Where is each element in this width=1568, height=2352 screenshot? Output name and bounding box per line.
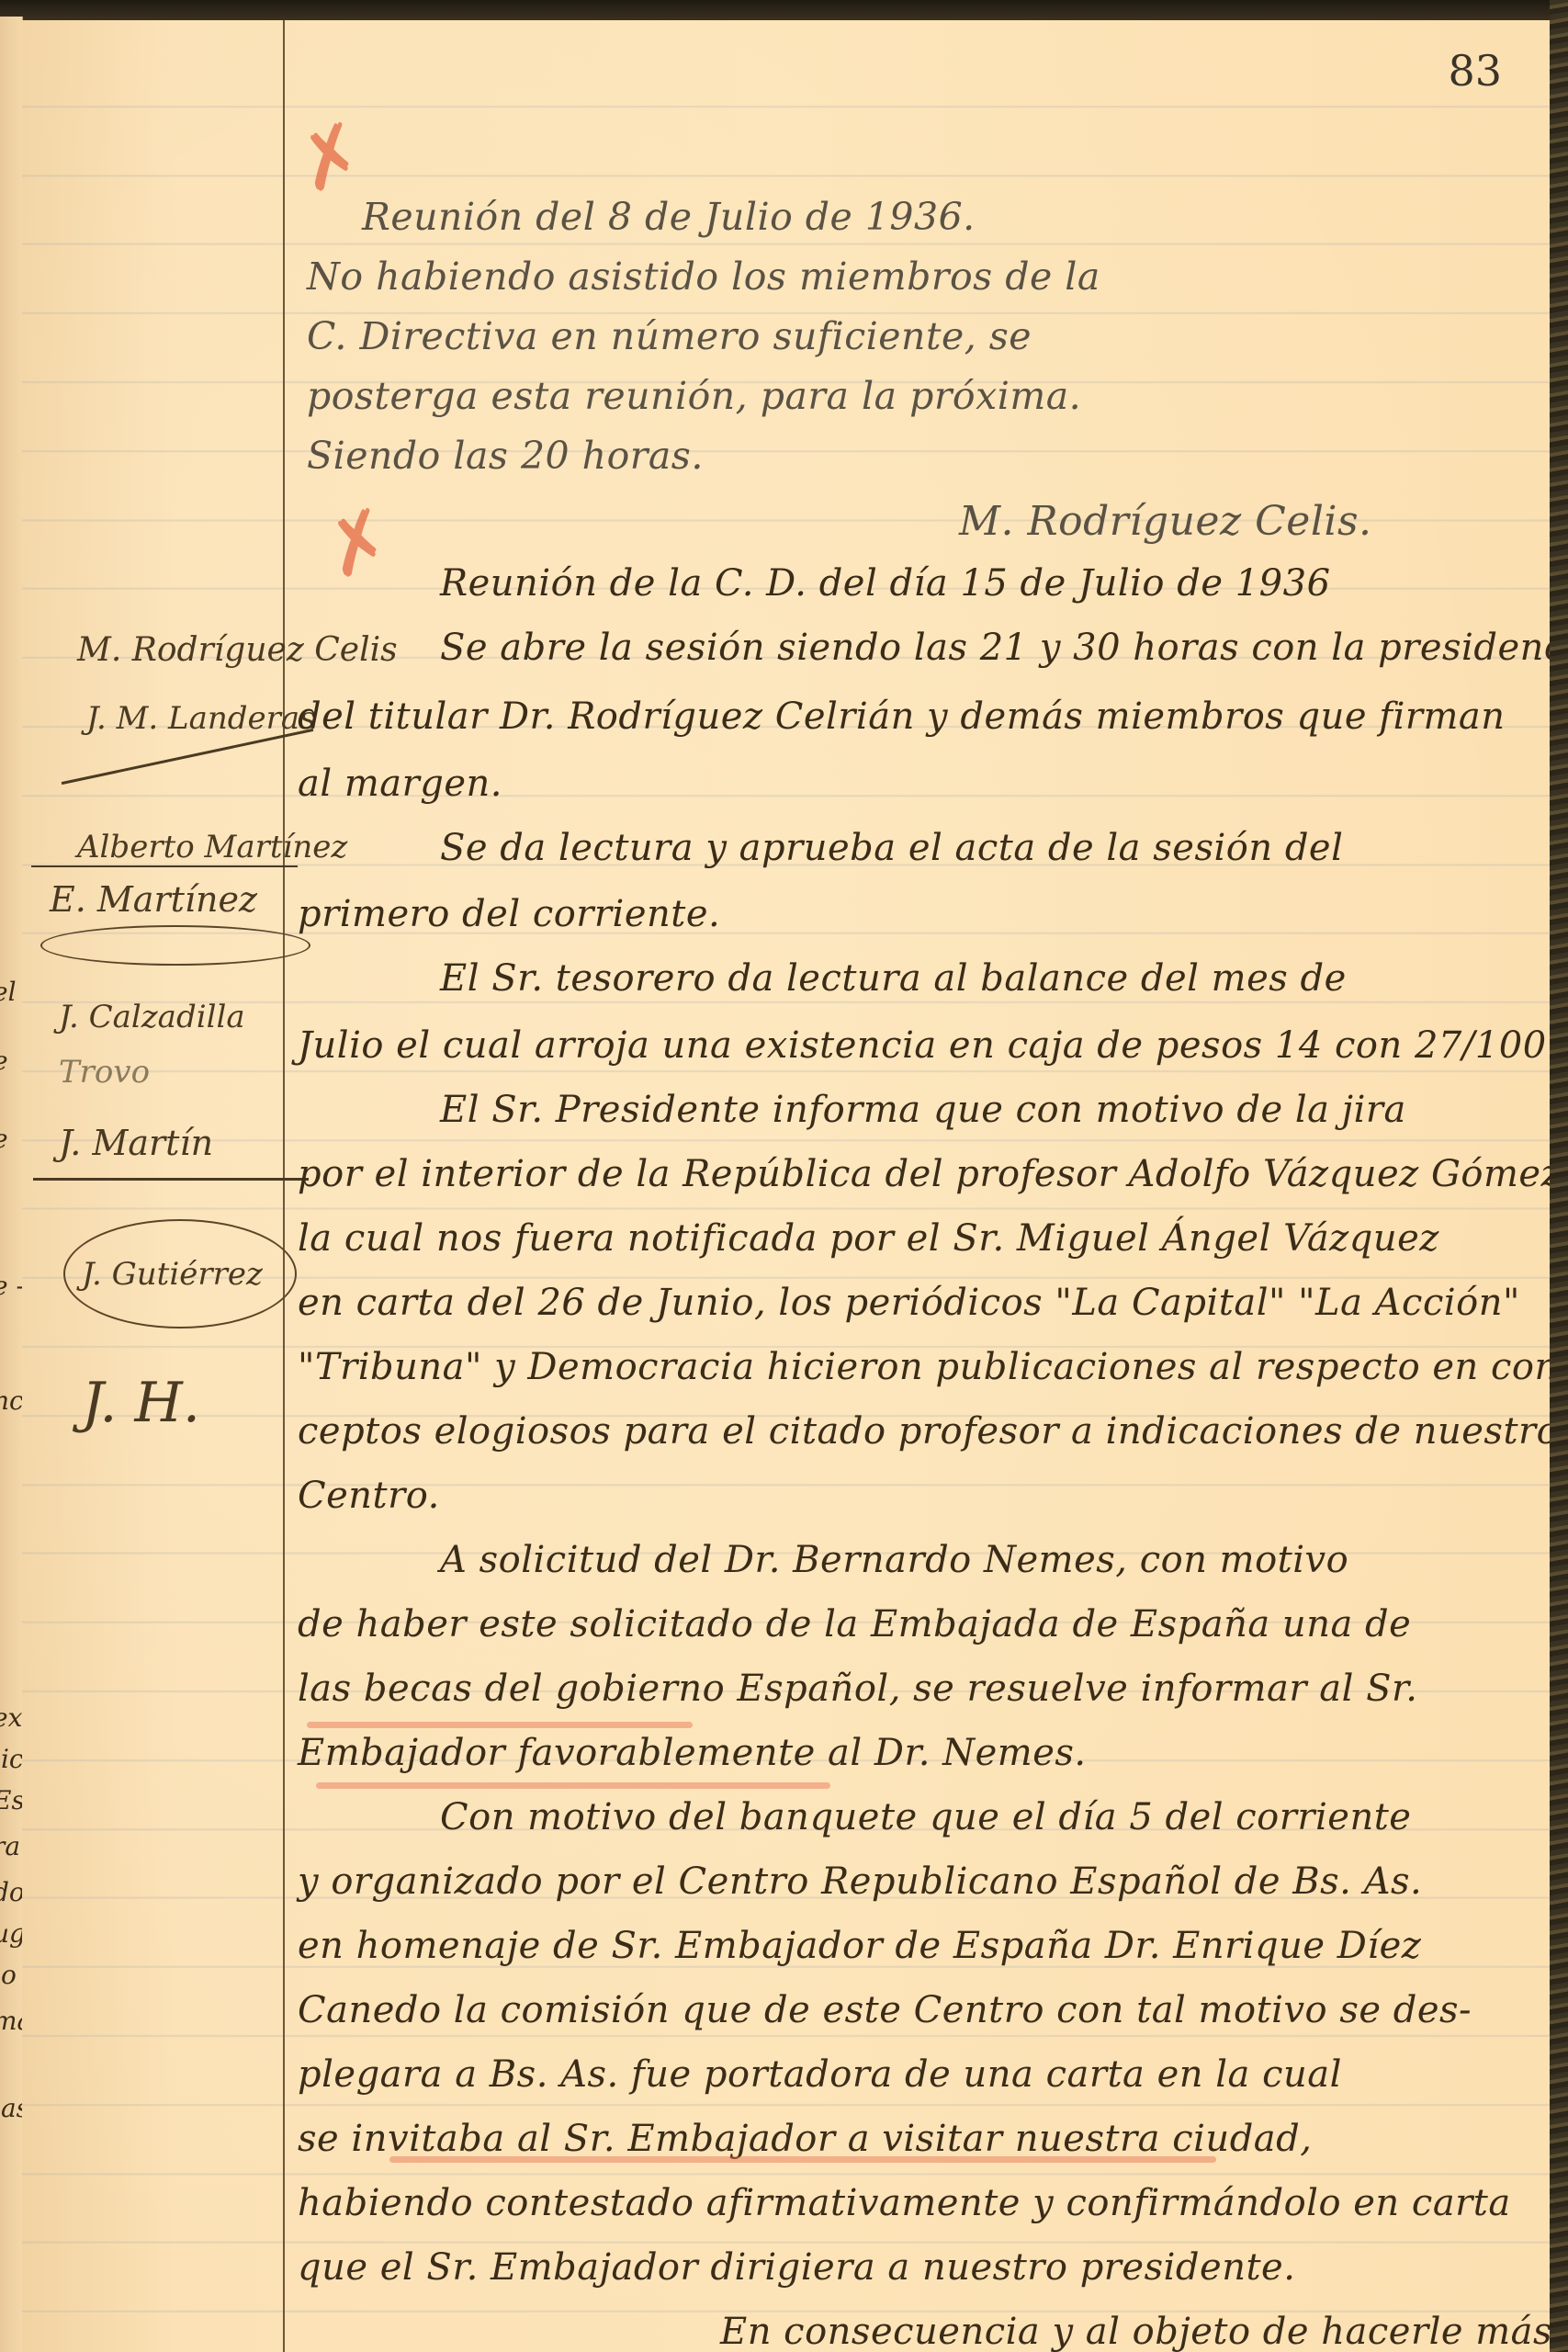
minutes-text: Reunión del 8 de Julio de 1936. No habie… — [298, 20, 1547, 2352]
facing-page-fragment: do- — [0, 1877, 23, 1907]
margin-signature: J. H. — [82, 1371, 200, 1435]
text-line: del titular Dr. Rodríguez Celrián y demá… — [298, 695, 1506, 738]
text-line: y organizado por el Centro Republicano E… — [298, 1860, 1422, 1903]
facing-page-fragment: nci — [0, 1385, 23, 1416]
text-line: Centro. — [298, 1475, 440, 1517]
facing-page-fragment: ug — [0, 1918, 23, 1949]
red-pencil-underline — [307, 1722, 693, 1728]
text-line: posterga esta reunión, para la próxima. — [307, 374, 1081, 418]
red-pencil-underline — [389, 2156, 1216, 2163]
facing-page-fragment: e - — [0, 1271, 23, 1301]
text-line: que el Sr. Embajador dirigiera a nuestro… — [298, 2246, 1295, 2289]
text-line: "Tribuna" y Democracia hicieron publicac… — [298, 1346, 1550, 1388]
text-line: Julio el cual arroja una existencia en c… — [298, 1024, 1550, 1067]
facing-page-fragment: e — [0, 1046, 8, 1076]
text-line: plegara a Bs. As. fue portadora de una c… — [298, 2053, 1342, 2096]
text-line: En consecuencia y al objeto de hacerle m… — [720, 2311, 1550, 2352]
signature-flourish — [33, 1178, 309, 1181]
text-line: al margen. — [298, 763, 502, 805]
red-pencil-underline — [316, 1782, 830, 1789]
text-line: habiendo contestado afirmativamente y co… — [298, 2182, 1511, 2224]
margin-signature: J. Gutiérrez — [82, 1256, 263, 1293]
text-line: por el interior de la República del prof… — [298, 1153, 1550, 1195]
facing-page-fragment: las Esta — [0, 2093, 23, 2123]
facing-page-fragment: Espa — [0, 1785, 23, 1815]
book-cover-edge — [1550, 0, 1568, 2352]
margin-signature: J. Martín — [59, 1123, 213, 1163]
text-line: Se abre la sesión siendo las 21 y 30 hor… — [440, 627, 1550, 669]
text-line: ceptos elogiosos para el citado profesor… — [298, 1410, 1550, 1453]
text-line: C. Directiva en número suficiente, se — [307, 314, 1032, 358]
text-line: No habiendo asistido los miembros de la — [307, 254, 1100, 299]
text-line: Siendo las 20 horas. — [307, 434, 704, 478]
text-line: de haber este solicitado de la Embajada … — [298, 1603, 1411, 1645]
margin-signature: J. Calzadilla — [59, 999, 245, 1035]
text-line: en carta del 26 de Junio, los periódicos… — [298, 1282, 1520, 1324]
text-line: se invitaba al Sr. Embajador a visitar n… — [298, 2118, 1312, 2160]
facing-page-edge: el e e e - nci extem lica Espa ra do- ug… — [0, 17, 23, 2352]
facing-page-fragment: el — [0, 977, 17, 1007]
facing-page-fragment: e — [0, 1124, 8, 1154]
text-line: El Sr. tesorero da lectura al balance de… — [440, 957, 1347, 1000]
margin-rule — [283, 20, 285, 2352]
margin-signature: J. M. Landeras — [86, 700, 316, 737]
facing-page-fragment: ra — [0, 1831, 20, 1861]
book-binding-top — [0, 0, 1568, 20]
text-line: la cual nos fuera notificada por el Sr. … — [298, 1217, 1439, 1260]
signature: M. Rodríguez Celis. — [959, 498, 1372, 545]
text-line: en homenaje de Sr. Embajador de España D… — [298, 1925, 1421, 1967]
entry-heading: Reunión del 8 de Julio de 1936. — [362, 195, 976, 239]
margin-signature: Trovo — [59, 1054, 150, 1091]
text-line: Canedo la comisión que de este Centro co… — [298, 1989, 1472, 2031]
text-line: Se da lectura y aprueba el acta de la se… — [440, 827, 1343, 869]
text-line: El Sr. Presidente informa que con motivo… — [440, 1089, 1406, 1131]
margin-signature: E. Martínez — [50, 879, 257, 920]
facing-page-fragment: lo la — [0, 1960, 23, 1990]
entry-heading: Reunión de la C. D. del día 15 de Julio … — [440, 562, 1331, 605]
text-line: Embajador favorablemente al Dr. Nemes. — [298, 1732, 1087, 1774]
text-line: A solicitud del Dr. Bernardo Nemes, con … — [440, 1539, 1348, 1581]
signature-flourish — [31, 865, 298, 867]
facing-page-fragment: extem — [0, 1702, 23, 1733]
text-line: las becas del gobierno Español, se resue… — [298, 1668, 1417, 1710]
ledger-page: 83 ✗ ✗ M. Rodríguez Celis J. M. Landeras… — [22, 20, 1550, 2352]
text-line: primero del corriente. — [298, 893, 720, 935]
text-line: Con motivo del banquete que el día 5 del… — [440, 1796, 1411, 1838]
signature-flourish — [40, 925, 310, 966]
facing-page-fragment: lica — [0, 1744, 23, 1774]
facing-page-fragment: mas — [0, 2006, 23, 2036]
